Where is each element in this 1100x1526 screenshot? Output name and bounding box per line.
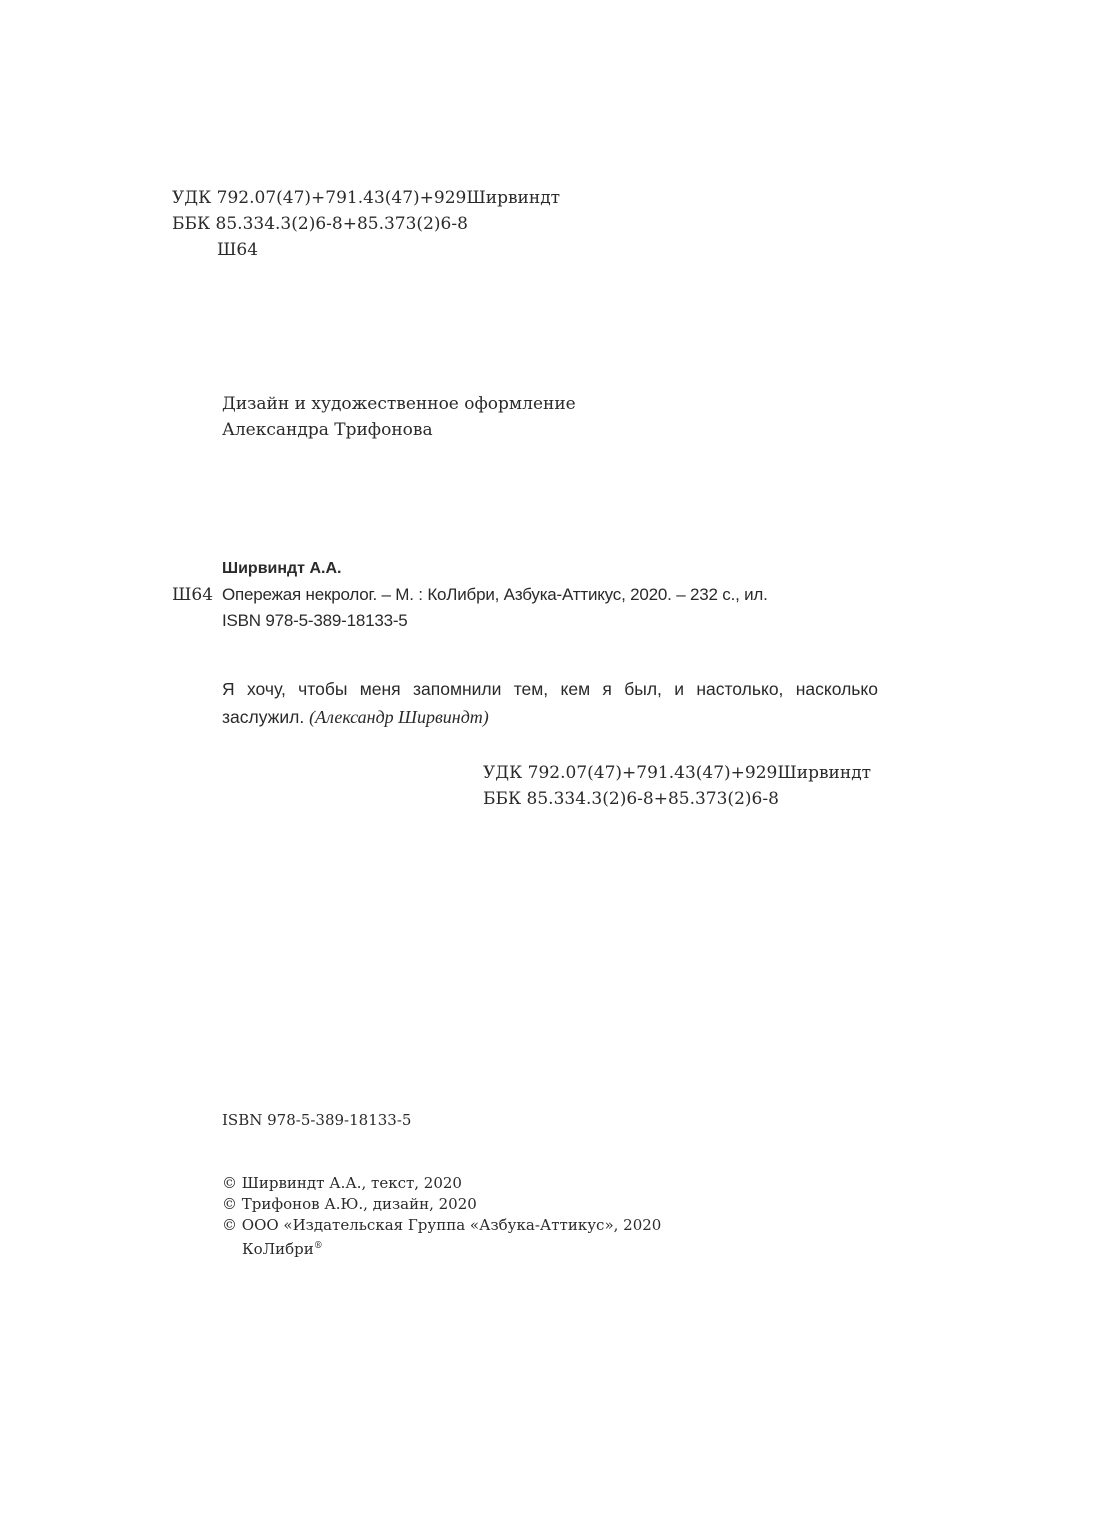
copyright-text: © Ширвиндт А.А., текст, 2020 [222,1173,661,1194]
udk-code-bottom: УДК 792.07(47)+791.43(47)+929Ширвиндт [483,760,871,786]
copyright-design: © Трифонов А.Ю., дизайн, 2020 [222,1194,661,1215]
bbk-code-bottom: ББК 85.334.3(2)6-8+85.373(2)6-8 [483,786,871,812]
copyright-block: © Ширвиндт А.А., текст, 2020 © Трифонов … [222,1173,661,1260]
entry-description: Опережая некролог. – М. : КоЛибри, Азбук… [222,582,768,608]
design-credit: Дизайн и художественное оформление Алекс… [222,391,576,443]
classification-block-top: УДК 792.07(47)+791.43(47)+929Ширвиндт ББ… [172,185,560,263]
design-credit-line1: Дизайн и художественное оформление [222,391,576,417]
entry-isbn: ISBN 978-5-389-18133-5 [222,608,408,634]
classification-block-bottom: УДК 792.07(47)+791.43(47)+929Ширвиндт ББ… [483,760,871,812]
annotation-quote-author: (Александр Ширвиндт) [309,707,489,727]
imprint-name: КоЛибри [242,1240,314,1258]
author-mark: Ш64 [172,237,560,263]
catalog-entry: Ширвиндт А.А. Ш64 Опережая некролог. – М… [172,556,768,634]
entry-author-mark: Ш64 [172,582,222,608]
copyright-publisher: © ООО «Издательская Группа «Азбука-Аттик… [222,1215,661,1236]
udk-code: УДК 792.07(47)+791.43(47)+929Ширвиндт [172,185,560,211]
bbk-code: ББК 85.334.3(2)6-8+85.373(2)6-8 [172,211,560,237]
registered-mark-icon: ® [314,1241,323,1251]
imprint: КоЛибри® [222,1236,661,1260]
entry-author: Ширвиндт А.А. [222,556,341,582]
isbn: ISBN 978-5-389-18133-5 [222,1109,411,1131]
annotation: Я хочу, чтобы меня запомнили тем, кем я … [222,675,878,731]
design-credit-line2: Александра Трифонова [222,417,576,443]
